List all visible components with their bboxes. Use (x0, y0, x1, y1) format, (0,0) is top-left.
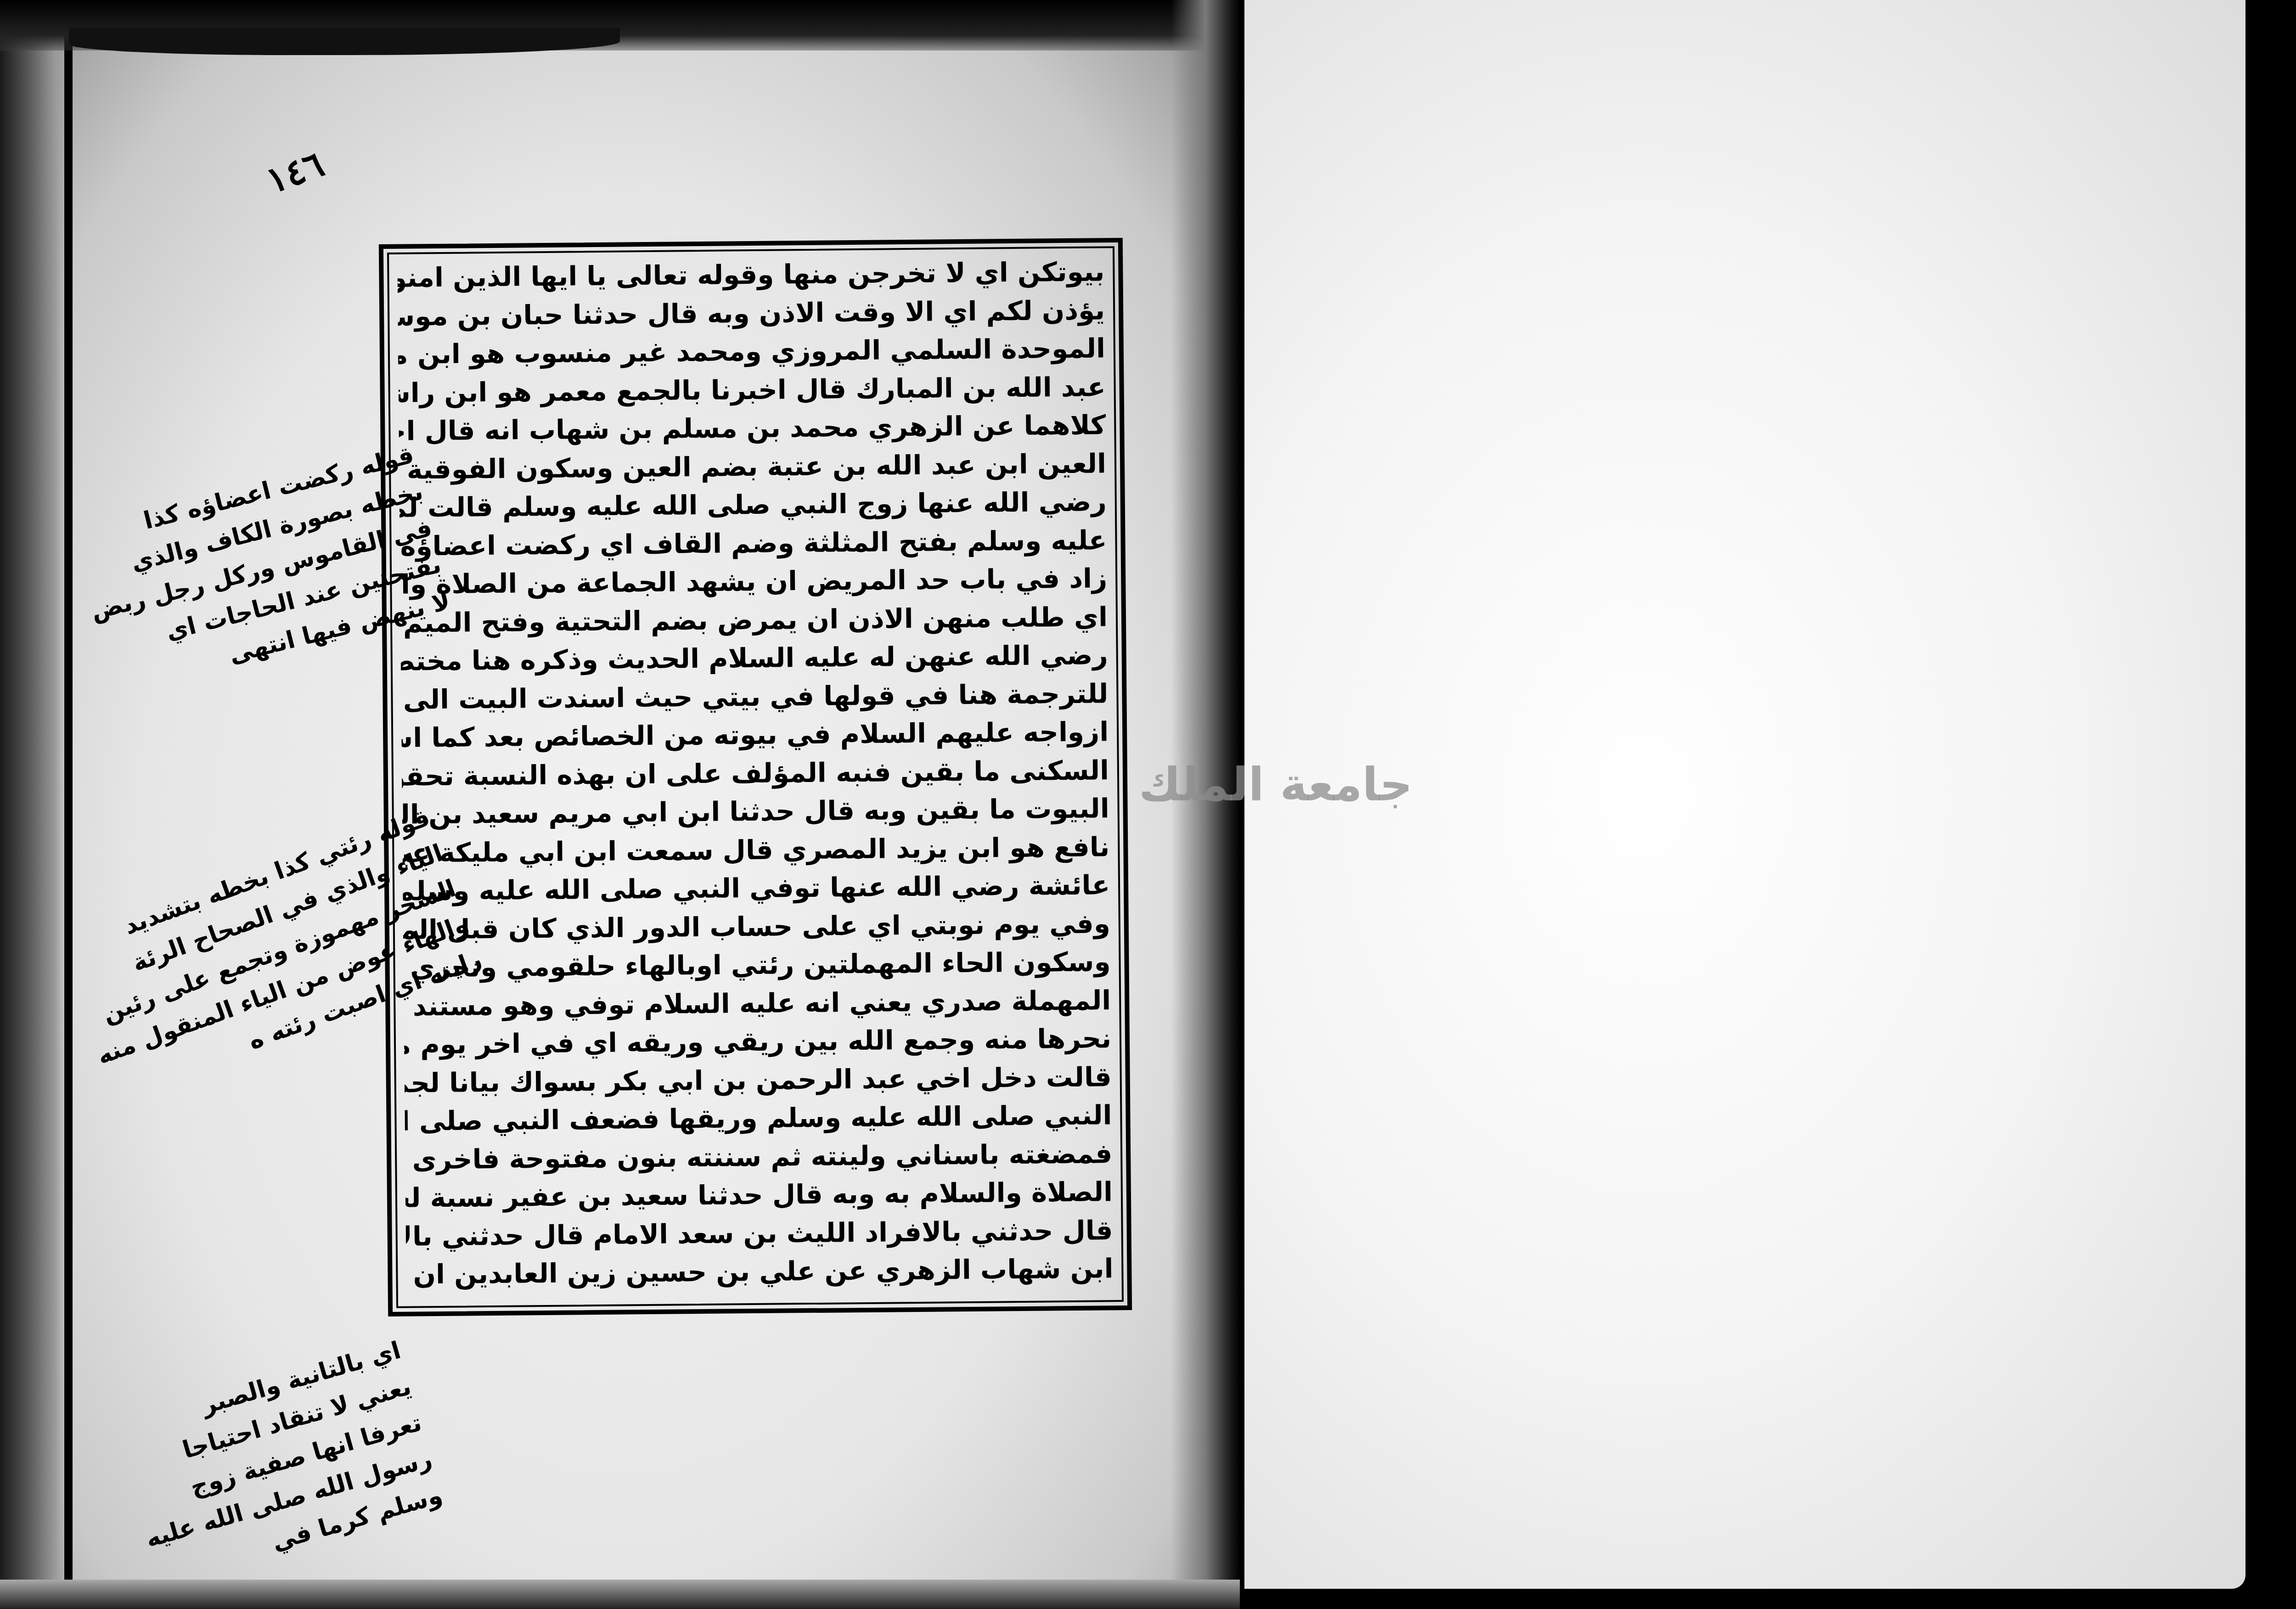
text-line: رضي الله عنهن له عليه السلام الحديث وذكر… (400, 636, 1108, 681)
text-line: اي طلب منهن الاذن ان يمرض بضم التحتية وف… (400, 598, 1108, 642)
text-line: عبد الله بن المبارك قال اخبرنا بالجمع مع… (398, 368, 1106, 412)
text-line: نافع هو ابن يزيد المصري قال سمعت ابن ابي… (402, 828, 1110, 872)
page-left-edge-shadow (0, 0, 69, 1609)
text-line: يؤذن لكم اي الا وقت الاذن وبه قال حدثنا … (398, 291, 1105, 336)
text-line: رضي الله عنها زوج النبي صلى الله عليه وس… (399, 483, 1107, 527)
text-line: قالت دخل اخي عبد الرحمن بن ابي بكر بسواك… (404, 1058, 1112, 1103)
left-manuscript-page: ١٤٦ قوله ركضت اعضاؤه كذا بخطه بصورة الكا… (0, 0, 1240, 1609)
margin-note-lower: اي بالتانية والصبر يعني لا تنقاد احتياجا… (201, 1332, 447, 1568)
text-line: النبي صلى الله عليه وسلم وريقها فضعف الن… (405, 1096, 1112, 1141)
text-line: فمضغته باسناني ولينته ثم سننته بنون مفتو… (405, 1135, 1113, 1179)
text-line: الصلاة والسلام به وبه قال حدثنا سعيد بن … (405, 1173, 1113, 1217)
page-binding-edge (64, 28, 73, 1607)
text-line: المهملة صدري يعني انه عليه السلام توفي و… (404, 981, 1111, 1026)
text-line: زاد في باب حد المريض ان يشهد الجماعة من … (400, 559, 1108, 604)
text-line: نحرها منه وجمع الله بين ريقي وريقه اي في… (404, 1019, 1112, 1064)
library-watermark: جامعة الملك (1139, 758, 1412, 811)
text-line: عليه وسلم بفتح المثلثة وضم القاف اي ركضت… (400, 521, 1107, 566)
text-line: كلاهما عن الزهري محمد بن مسلم بن شهاب ان… (399, 406, 1106, 450)
text-line: السكنى ما بقين فنبه المؤلف على ان بهذه ا… (402, 751, 1109, 796)
text-line: الموحدة السلمي المروزي ومحمد غير منسوب ه… (398, 329, 1106, 374)
text-line: عائشة رضي الله عنها توفي النبي صلى الله … (403, 866, 1110, 911)
text-line: قال حدثني بالافراد الليث بن سعد الامام ق… (405, 1211, 1113, 1256)
main-text-body: بيوتكن اي لا تخرجن منها وقوله تعالى يا ا… (397, 253, 1114, 1301)
main-text-frame: بيوتكن اي لا تخرجن منها وقوله تعالى يا ا… (379, 238, 1132, 1316)
folio-number: ١٤٦ (261, 143, 329, 202)
text-line: وفي يوم نوبتي اي على حساب الدور الذي كان… (403, 905, 1111, 949)
text-line: العين ابن عبد الله بن عتبة بضم العين وسك… (399, 444, 1107, 489)
text-line: البيوت ما بقين وبه قال حدثنا ابن ابي مري… (402, 789, 1109, 834)
text-line: بيوتكن اي لا تخرجن منها وقوله تعالى يا ا… (397, 253, 1105, 297)
text-line: ازواجه عليهم السلام في بيوته من الخصائص … (401, 713, 1109, 757)
text-line: للترجمة هنا في قولها في بيتي حيث اسندت ا… (401, 675, 1109, 719)
text-line: ابن شهاب الزهري عن علي بن حسين زين العاب… (406, 1249, 1114, 1294)
top-water-stain-inner (69, 28, 620, 55)
text-line: وسكون الحاء المهملتين رئتي اوبالهاء حلقو… (403, 943, 1111, 987)
page-bottom-edge (0, 1580, 1240, 1609)
